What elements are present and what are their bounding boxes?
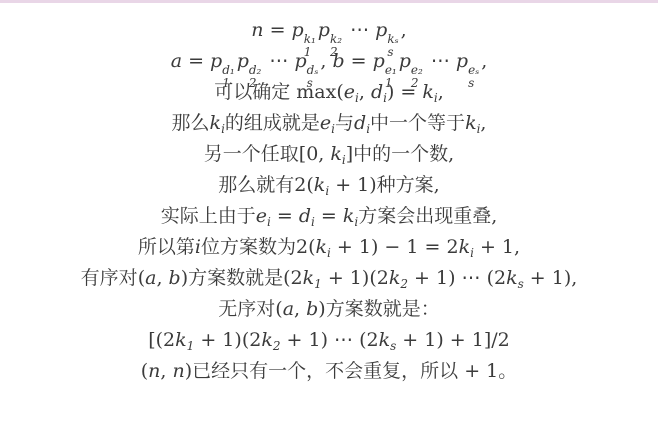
math-variable: k bbox=[316, 236, 328, 258]
math-roman: , bbox=[294, 298, 306, 320]
formula-line-11: [(2k1 + 1)(2k2 + 1) ⋯ (2ks + 1) + 1]/2 bbox=[0, 325, 658, 356]
text-run: 那么 bbox=[172, 112, 210, 134]
text-run: 方案数就是： bbox=[326, 298, 440, 320]
math-roman: 2( bbox=[294, 174, 314, 196]
formula-line-12: (n, n)已经只有一个，不会重复，所以 + 1。 bbox=[0, 356, 658, 387]
math-roman: max( bbox=[296, 81, 343, 103]
math-roman: [(2 bbox=[148, 329, 175, 351]
math-variable: a bbox=[171, 50, 182, 72]
math-roman: (2 bbox=[283, 267, 303, 289]
math-roman: = bbox=[315, 205, 343, 227]
math-roman: , bbox=[320, 50, 332, 72]
math-roman: [0, bbox=[299, 143, 331, 165]
math-roman: + 1)(2 bbox=[322, 267, 389, 289]
math-roman: ( bbox=[275, 298, 282, 320]
text-run: 所以第 bbox=[138, 236, 195, 258]
math-variable: k bbox=[379, 329, 391, 351]
math-variable: b bbox=[332, 50, 344, 72]
math-variable: e bbox=[256, 205, 267, 227]
math-superscript: e₂ bbox=[411, 64, 423, 76]
math-roman: + 1) ⋯ (2 bbox=[408, 267, 506, 289]
text-run: 中的一个数 bbox=[353, 143, 448, 165]
formula-line-5: 另一个任取[0, ki]中的一个数, bbox=[0, 139, 658, 170]
math-variable: p bbox=[375, 19, 387, 41]
text-run: 。 bbox=[498, 360, 517, 382]
math-roman: + 1) bbox=[329, 174, 377, 196]
math-variable: k bbox=[210, 112, 222, 134]
math-roman: , bbox=[160, 360, 172, 382]
math-variable: k bbox=[330, 143, 342, 165]
text-run: 另一个任取 bbox=[204, 143, 299, 165]
math-roman: , bbox=[438, 81, 444, 103]
text-run: 无序对 bbox=[218, 298, 275, 320]
math-roman: = bbox=[271, 205, 299, 227]
text-run: 可以确定 bbox=[214, 81, 296, 103]
math-roman: , bbox=[434, 174, 440, 196]
formula-line-6: 那么就有2(ki + 1)种方案, bbox=[0, 170, 658, 201]
formula-line-2: a = pd₁1pd₂2 ⋯ pdₛs, b = pe₁1pe₂2 ⋯ peₛs… bbox=[0, 46, 658, 77]
stacked-scripts: eₛs bbox=[468, 64, 479, 89]
math-roman: ( bbox=[138, 267, 145, 289]
text-run: 中一个等于 bbox=[370, 112, 465, 134]
math-roman: ) bbox=[318, 298, 325, 320]
math-roman: ) = bbox=[387, 81, 422, 103]
math-superscript: d₁ bbox=[222, 64, 235, 76]
math-superscript: kₛ bbox=[387, 33, 398, 45]
math-variable: a bbox=[283, 298, 294, 320]
math-roman: = bbox=[345, 50, 373, 72]
formula-line-4: 那么ki的组成就是ei与di中一个等于ki, bbox=[0, 108, 658, 139]
math-variable: p bbox=[373, 50, 385, 72]
math-variable: p bbox=[210, 50, 222, 72]
math-variable: p bbox=[456, 50, 468, 72]
math-variable: b bbox=[306, 298, 318, 320]
math-roman: + 1) − 1 = 2 bbox=[331, 236, 459, 258]
math-variable: k bbox=[314, 174, 326, 196]
math-roman: = bbox=[182, 50, 210, 72]
math-variable: k bbox=[261, 329, 273, 351]
math-roman: = bbox=[264, 19, 292, 41]
formula-line-1: n = pk₁1pk₂2 ⋯ pkₛs, bbox=[0, 15, 658, 46]
text-run: 与 bbox=[335, 112, 354, 134]
math-variable: k bbox=[303, 267, 315, 289]
math-variable: k bbox=[459, 236, 471, 258]
math-variable: k bbox=[465, 112, 477, 134]
math-roman: , bbox=[491, 205, 497, 227]
formula-line-7: 实际上由于ei = di = ki方案会出现重叠, bbox=[0, 201, 658, 232]
math-variable: d bbox=[371, 81, 383, 103]
derivation-lines: n = pk₁1pk₂2 ⋯ pkₛs,a = pd₁1pd₂2 ⋯ pdₛs,… bbox=[0, 3, 658, 387]
math-variable: a bbox=[145, 267, 156, 289]
math-variable: k bbox=[175, 329, 187, 351]
math-variable: p bbox=[294, 50, 306, 72]
math-roman: + 1) ⋯ (2 bbox=[280, 329, 378, 351]
math-roman: , bbox=[359, 81, 371, 103]
math-variable: k bbox=[506, 267, 518, 289]
formula-line-8: 所以第i位方案数为2(ki + 1) − 1 = 2ki + 1, bbox=[0, 232, 658, 263]
math-variable: d bbox=[354, 112, 366, 134]
math-roman: + 1 bbox=[458, 360, 498, 382]
text-run: 位方案数为 bbox=[201, 236, 296, 258]
text-run: 有序对 bbox=[81, 267, 138, 289]
math-roman: , bbox=[480, 112, 486, 134]
math-variable: b bbox=[169, 267, 181, 289]
math-variable: k bbox=[422, 81, 434, 103]
math-superscript: e₁ bbox=[385, 64, 397, 76]
math-roman: ⋯ bbox=[425, 50, 456, 72]
math-roman: ⋯ bbox=[344, 19, 375, 41]
math-subscript: 1 bbox=[314, 277, 322, 291]
math-base-with-scripts: peₛs bbox=[456, 46, 479, 89]
math-roman: , bbox=[401, 19, 407, 41]
text-run: 那么就有 bbox=[218, 174, 294, 196]
math-variable: p bbox=[399, 50, 411, 72]
math-roman: + 1)(2 bbox=[194, 329, 261, 351]
math-variable: d bbox=[299, 205, 311, 227]
math-roman: + 1) + 1]/2 bbox=[396, 329, 510, 351]
math-superscript: k₂ bbox=[330, 33, 342, 45]
math-subscript: 2 bbox=[400, 277, 408, 291]
math-variable: e bbox=[320, 112, 331, 134]
math-variable: n bbox=[172, 360, 184, 382]
math-variable: p bbox=[237, 50, 249, 72]
text-run: 的组成就是 bbox=[225, 112, 320, 134]
math-roman: ) bbox=[181, 267, 188, 289]
math-roman: + 1, bbox=[474, 236, 520, 258]
math-superscript: eₛ bbox=[468, 64, 479, 76]
math-subscript: s bbox=[468, 77, 474, 89]
math-roman: ⋯ bbox=[263, 50, 294, 72]
math-variable: p bbox=[292, 19, 304, 41]
math-superscript: dₛ bbox=[307, 64, 319, 76]
math-variable: n bbox=[148, 360, 160, 382]
formula-line-3: 可以确定 max(ei, di) = ki, bbox=[0, 77, 658, 108]
math-variable: e bbox=[344, 81, 355, 103]
math-superscript: k₁ bbox=[304, 33, 316, 45]
math-variable: k bbox=[389, 267, 401, 289]
text-run: 已经只有一个，不会重复，所以 bbox=[192, 360, 458, 382]
formula-line-10: 无序对(a, b)方案数就是： bbox=[0, 294, 658, 325]
text-run: 方案会出现重叠 bbox=[358, 205, 491, 227]
math-roman: , bbox=[156, 267, 168, 289]
text-run: 方案数就是 bbox=[188, 267, 283, 289]
math-variable: k bbox=[343, 205, 355, 227]
text-run: 种方案 bbox=[377, 174, 434, 196]
text-run: 实际上由于 bbox=[161, 205, 256, 227]
math-roman: , bbox=[481, 50, 487, 72]
math-variable: n bbox=[251, 19, 263, 41]
math-roman: 2( bbox=[296, 236, 316, 258]
math-roman: + 1), bbox=[524, 267, 578, 289]
math-superscript: d₂ bbox=[249, 64, 262, 76]
math-derivation-page: n = pk₁1pk₂2 ⋯ pkₛs,a = pd₁1pd₂2 ⋯ pdₛs,… bbox=[0, 0, 658, 422]
math-roman: , bbox=[448, 143, 454, 165]
math-variable: p bbox=[318, 19, 330, 41]
formula-line-9: 有序对(a, b)方案数就是(2k1 + 1)(2k2 + 1) ⋯ (2ks … bbox=[0, 263, 658, 294]
